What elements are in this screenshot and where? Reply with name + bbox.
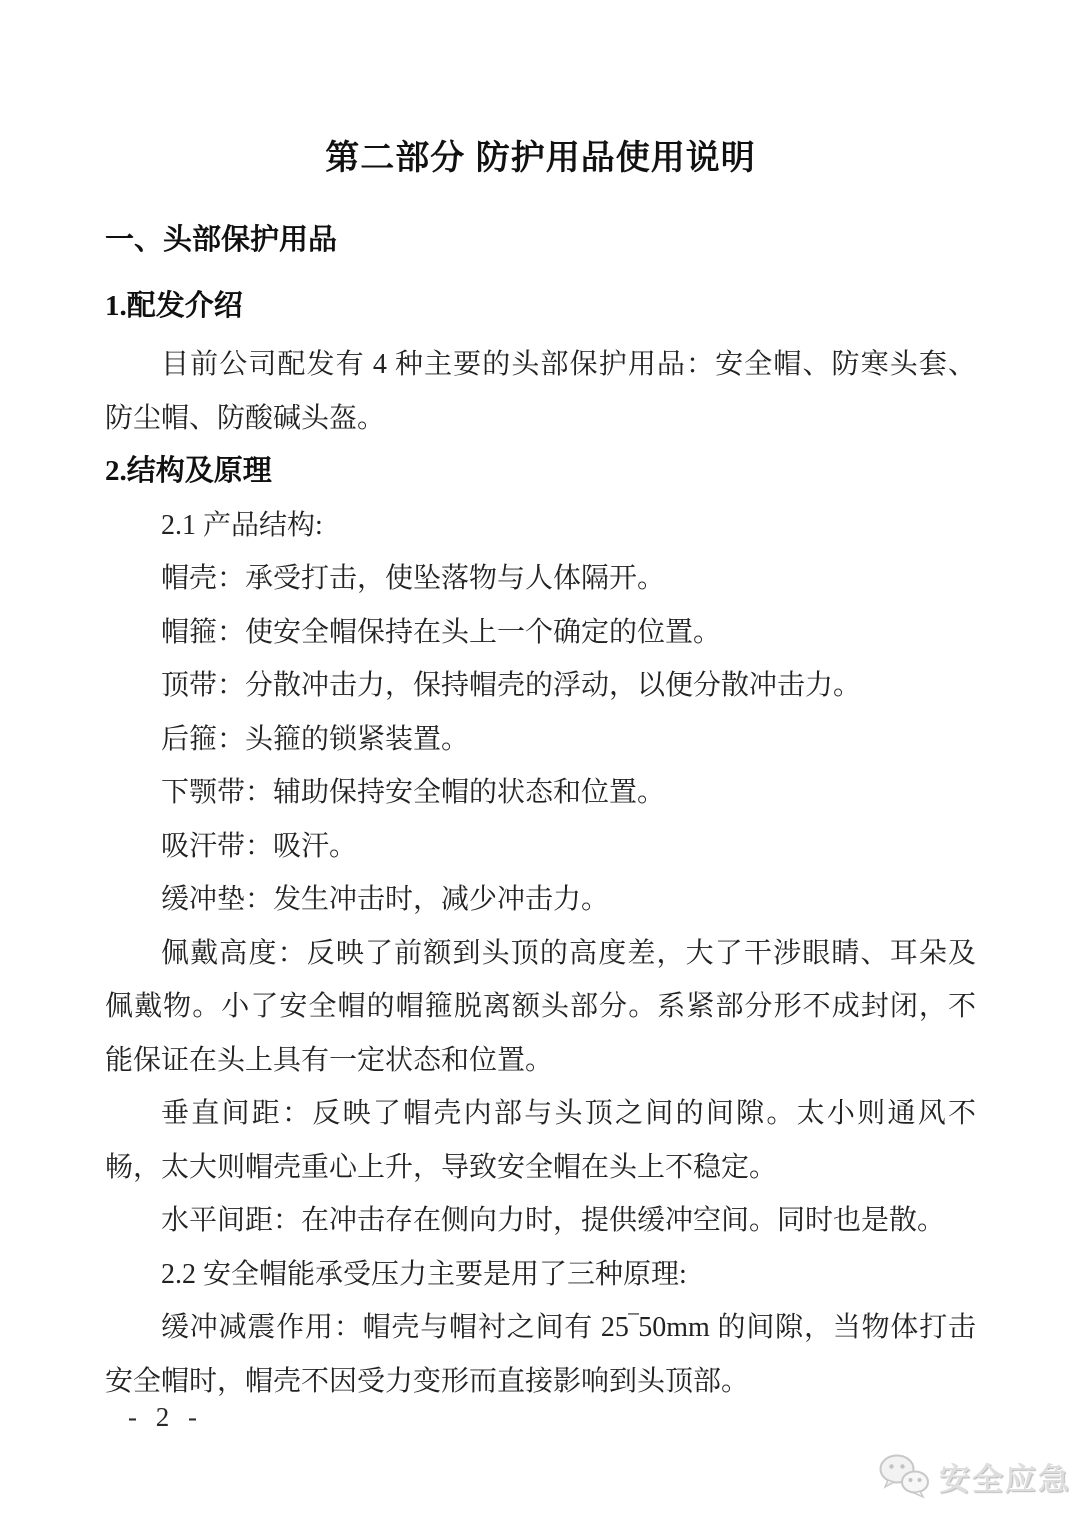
text-line: 缓冲垫：发生冲击时，减少冲击力。 — [105, 873, 976, 927]
text-line: 吸汗带：吸汗。 — [105, 820, 976, 874]
text-line: 顶带：分散冲击力，保持帽壳的浮动，以便分散冲击力。 — [105, 659, 976, 713]
text-line: 畅，太大则帽壳重心上升，导致安全帽在头上不稳定。 — [105, 1141, 976, 1195]
text-line: 能保证在头上具有一定状态和位置。 — [105, 1034, 976, 1088]
document-page: 第二部分 防护用品使用说明 一、头部保护用品1.配发介绍目前公司配发有 4 种主… — [105, 0, 976, 1408]
text-line: 2.1 产品结构: — [105, 499, 976, 553]
text-line: 防尘帽、防酸碱头盔。 — [105, 392, 976, 446]
text-line: 帽壳：承受打击，使坠落物与人体隔开。 — [105, 552, 976, 606]
watermark-label: 安全应急 — [939, 1454, 1071, 1499]
text-line: 后箍：头箍的锁紧装置。 — [105, 713, 976, 767]
page-number: - 2 - — [128, 1402, 203, 1433]
document-body: 一、头部保护用品1.配发介绍目前公司配发有 4 种主要的头部保护用品：安全帽、防… — [105, 180, 976, 1408]
text-line: 佩戴高度：反映了前额到头顶的高度差，大了干涉眼睛、耳朵及 — [105, 927, 976, 981]
text-line: 帽箍：使安全帽保持在头上一个确定的位置。 — [105, 606, 976, 660]
text-line: 安全帽时，帽壳不因受力变形而直接影响到头顶部。 — [105, 1355, 976, 1409]
page-title: 第二部分 防护用品使用说明 — [105, 0, 976, 180]
text-line: 佩戴物。小了安全帽的帽箍脱离额头部分。系紧部分形不成封闭，不 — [105, 980, 976, 1034]
text-line: 2.2 安全帽能承受压力主要是用了三种原理: — [105, 1248, 976, 1302]
text-line: 垂直间距：反映了帽壳内部与头顶之间的间隙。太小则通风不 — [105, 1087, 976, 1141]
wechat-icon — [878, 1453, 932, 1499]
text-line: 下颚带：辅助保持安全帽的状态和位置。 — [105, 766, 976, 820]
watermark: 安全应急 — [878, 1448, 1071, 1504]
sub-heading: 1.配发介绍 — [105, 258, 976, 324]
text-line: 目前公司配发有 4 种主要的头部保护用品：安全帽、防寒头套、 — [105, 338, 976, 392]
sub-heading: 2.结构及原理 — [105, 445, 976, 499]
text-line: 缓冲减震作用：帽壳与帽衬之间有 25‾50mm 的间隙，当物体打击 — [105, 1301, 976, 1355]
text-line: 水平间距：在冲击存在侧向力时，提供缓冲空间。同时也是散。 — [105, 1194, 976, 1248]
section-heading: 一、头部保护用品 — [105, 180, 976, 258]
